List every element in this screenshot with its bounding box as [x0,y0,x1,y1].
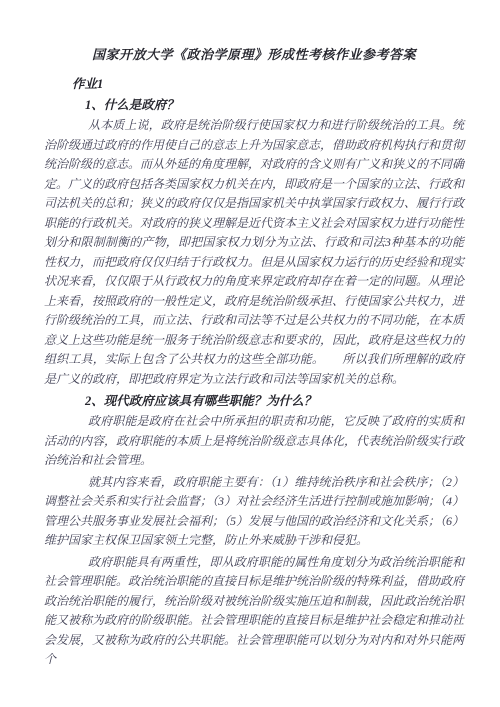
assignment-1-heading: 作业1 [72,76,464,93]
question-1-heading: 1、什么是政府？ [85,97,464,114]
question-2-heading: 2、现代政府应该具有哪些职能？为什么？ [85,393,464,410]
document-title: 国家开放大学《政治学原理》形成性考核作业参考答案 [44,46,464,63]
question-1-answer-paragraph: 从本质上说，政府是统治阶级行使国家权力和进行阶级统治的工具。统治阶级通过政府的作… [44,116,464,389]
question-2-answer-paragraph-3: 政府职能具有两重性，即从政府职能的属性角度划分为政治统治职能和社会管理职能。政治… [44,553,464,670]
document-page: 国家开放大学《政治学原理》形成性考核作业参考答案 作业1 1、什么是政府？ 从本… [0,0,500,707]
document-content: 国家开放大学《政治学原理》形成性考核作业参考答案 作业1 1、什么是政府？ 从本… [0,0,500,670]
question-2-answer-paragraph-2: 就其内容来看，政府职能主要有：（1）维持统治秩序和社会秩序；（2）调整社会关系和… [44,473,464,551]
question-2-answer-paragraph-1: 政府职能是政府在社会中所承担的职责和功能，它反映了政府的实质和活动的内容，政府职… [44,412,464,471]
